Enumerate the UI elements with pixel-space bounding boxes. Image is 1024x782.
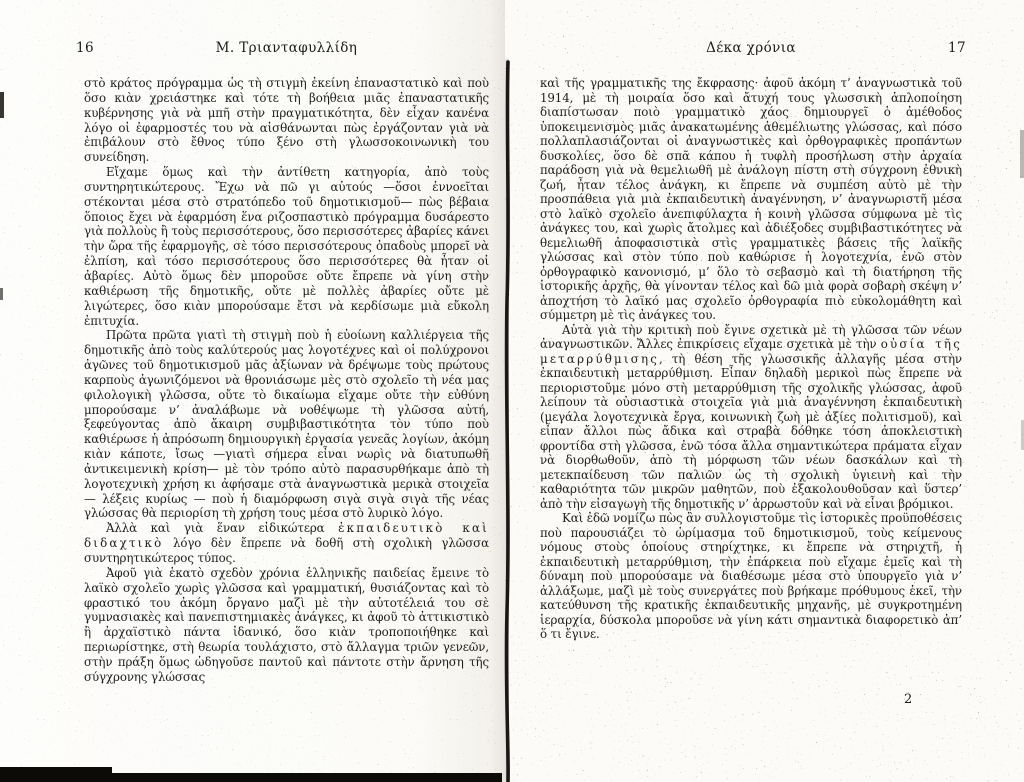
paragraph: Καὶ ἐδῶ νομίζω πὼς ἂν συλλογιστοῦμε τὶς … <box>540 511 962 642</box>
paragraph: Εἴχαμε ὅμως καὶ τὴν ἀντίθετη κατηγορία, … <box>84 165 489 328</box>
paragraph: Αὐτὰ γιὰ τὴν κριτικὴ ποὺ ἔγινε σχετικὰ μ… <box>540 323 962 512</box>
paragraph: στὸ κράτος πρόγραμμα ὡς τὴ στιγμὴ ἐκείνη… <box>84 76 489 165</box>
left-page-body: στὸ κράτος πρόγραμμα ὡς τὴ στιγμὴ ἐκείνη… <box>84 76 489 685</box>
paragraph: Ἀλλὰ καὶ γιὰ ἕναν εἰδικώτερα ἐκπαιδευτικ… <box>84 521 489 566</box>
signature-mark: 2 <box>904 692 912 707</box>
right-page-header: Δέκα χρόνια 17 <box>540 40 962 58</box>
text-segment: Ἀλλὰ καὶ γιὰ ἕναν εἰδικώτερα <box>106 521 338 535</box>
left-page: 16 Μ. Τριανταφυλλίδη στὸ κράτος πρόγραμμ… <box>0 0 505 782</box>
text-segment: , τὴ θέση τῆς γλωσσικῆς ἀλλαγῆς μέσα στὴ… <box>540 352 962 511</box>
right-page: Δέκα χρόνια 17 καὶ τῆς γραμματικῆς της ἔ… <box>512 0 1024 782</box>
right-page-number: 17 <box>948 40 966 56</box>
right-running-head: Δέκα χρόνια <box>540 40 962 56</box>
left-page-header: 16 Μ. Τριανταφυλλίδη <box>84 40 489 58</box>
right-page-body: καὶ τῆς γραμματικῆς της ἔκφρασης· ἀφοῦ ἀ… <box>540 76 962 642</box>
left-running-head: Μ. Τριανταφυλλίδη <box>84 40 489 56</box>
paragraph: καὶ τῆς γραμματικῆς της ἔκφρασης· ἀφοῦ ἀ… <box>540 76 962 323</box>
paragraph: Πρῶτα πρῶτα γιατὶ τὴ στιγμὴ ποὺ ἡ εὐοίων… <box>84 328 489 521</box>
paragraph: Ἀφοῦ γιὰ ἑκατὸ σχεδὸν χρόνια ἑλληνικῆς π… <box>84 566 489 685</box>
book-gutter-shadow <box>506 60 508 782</box>
book-gutter-line <box>506 62 508 782</box>
scanned-book-spread: 16 Μ. Τριανταφυλλίδη στὸ κράτος πρόγραμμ… <box>0 0 1024 782</box>
